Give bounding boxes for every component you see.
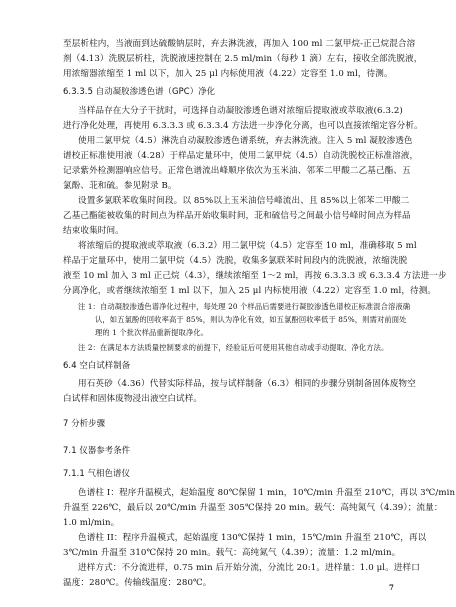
paragraph-line: 将浓缩后的提取液或萃取液（6.3.2）用二氯甲烷（4.5）定容至 10 ml，准… — [78, 240, 417, 253]
paragraph-line: 乙基己酯能被收集的时间点为样品开始收集时间，苝和硫信号之间最小信号峰时间点为样品 — [63, 210, 411, 223]
paragraph-line: 进行净化处理，再使用 6.3.3.3 或 6.3.3.4 方法进一步净化分离，也… — [63, 120, 423, 133]
paragraph-line: 记录紫外检测器响应信号。正常色谱流出峰顺序依次为玉米油、邻苯二甲酸二乙基己酯、五 — [63, 165, 411, 178]
note-line: 注 1：自动凝胶渗透色谱净化过程中，每处理 20 个样品后需要进行凝胶渗透色谱校… — [78, 300, 410, 313]
paragraph-line: 剂（4.13）洗脱层析柱，洗脱液速控制在 2.5 ml/min（每秒 1 滴）左… — [63, 53, 422, 66]
paragraph-line: 液至 10 ml 加入 3 ml 正己烷（4.3），继续浓缩至 1～2 ml，再… — [63, 270, 447, 283]
paragraph-line: 设置多氯联苯收集时间段。以 85%以上玉米油信号峰流出、且 85%以上邻苯二甲酸… — [78, 195, 409, 208]
section-heading: 6.4 空白试样制备 — [63, 359, 130, 372]
section-heading: 7 分析步骤 — [63, 417, 105, 430]
paragraph-line: 使用二氯甲烷（4.5）淋洗自动凝胶渗透色谱系统，弃去淋洗液。注入 5 ml 凝胶… — [78, 135, 413, 148]
paragraph-line: 当样品存在大分子干扰时，可选择自动凝胶渗透色谱对浓缩后提取液或萃取液(6.3.2… — [78, 105, 403, 118]
paragraph-line: 色谱柱 II：程序升温模式，起始温度 130℃保持 1 min，15℃/min … — [78, 532, 426, 545]
paragraph-line: 3℃/min 升温至 310℃保持 20 min。载气：高纯氮气（4.39）；流… — [63, 547, 400, 560]
paragraph-line: 白试样和固体废物浸出液空白试样。 — [63, 393, 202, 406]
paragraph-line: 氯酚、苝和硫。参见附录 B。 — [63, 180, 177, 193]
paragraph-line: 升温至 226℃，最后以 20℃/min 升温至 305℃保持 20 min。载… — [63, 502, 443, 515]
note-line: 注 2：在满足本方法质量控制要求的前提下，经验证后可使用其他自动或手动提取、净化… — [78, 341, 388, 354]
paragraph-line: 用石英砂（4.36）代替实际样品，按与试样制备（6.3）相同的步骤分别制备固体废… — [78, 378, 416, 391]
page-number: 7 — [389, 583, 394, 592]
paragraph-line: 进样方式：不分流进样，0.75 min 后开始分流，分流比 20:1。进样量：1… — [78, 562, 420, 575]
note-line: 理的 1 个批次样品重新提取净化。 — [95, 326, 208, 339]
paragraph-line: 至层析柱内，当液面到达硫酸钠层时，弃去淋洗液，再加入 100 ml 二氯甲烷-正… — [63, 38, 415, 51]
section-heading: 6.3.3.5 自动凝胶渗透色谱（GPC）净化 — [63, 85, 215, 98]
section-heading: 7.1 仪器参考条件 — [63, 444, 130, 457]
paragraph-line: 样品于定量环中，使用二氯甲烷（4.5）洗脱，收集多氯联苯时间段内的洗脱液，浓缩洗… — [63, 255, 407, 268]
paragraph-line: 谱校正标准使用液（4.28）于样品定量环中，使用二氯甲烷（4.5）自动洗脱校正标… — [63, 150, 418, 163]
paragraph-line: 温度：280℃。传输线温度：280℃。 — [63, 577, 211, 590]
paragraph-line: 分离净化，或者继续浓缩至 1 ml 以下，加入 25 μl 内标使用液（4.22… — [63, 285, 436, 298]
document-page: 至层析柱内，当液面到达硫酸钠层时，弃去淋洗液，再加入 100 ml 二氯甲烷-正… — [0, 0, 456, 607]
paragraph-line: 用浓缩器浓缩至 1 ml 以下，加入 25 μl 内标使用液（4.22）定容至 … — [63, 68, 393, 81]
paragraph-line: 结束收集时间。 — [63, 225, 124, 238]
note-line: 认，如五氯酚的回收率高于 85%，则认为净化有效，如五氯酚回收率低于 85%，则… — [95, 313, 407, 326]
section-heading: 7.1.1 气相色谱仪 — [63, 467, 130, 480]
paragraph-line: 1.0 ml/min。 — [63, 517, 119, 530]
paragraph-line: 色谱柱 I：程序升温模式，起始温度 80℃保留 1 min，10℃/min 升温… — [78, 487, 455, 500]
